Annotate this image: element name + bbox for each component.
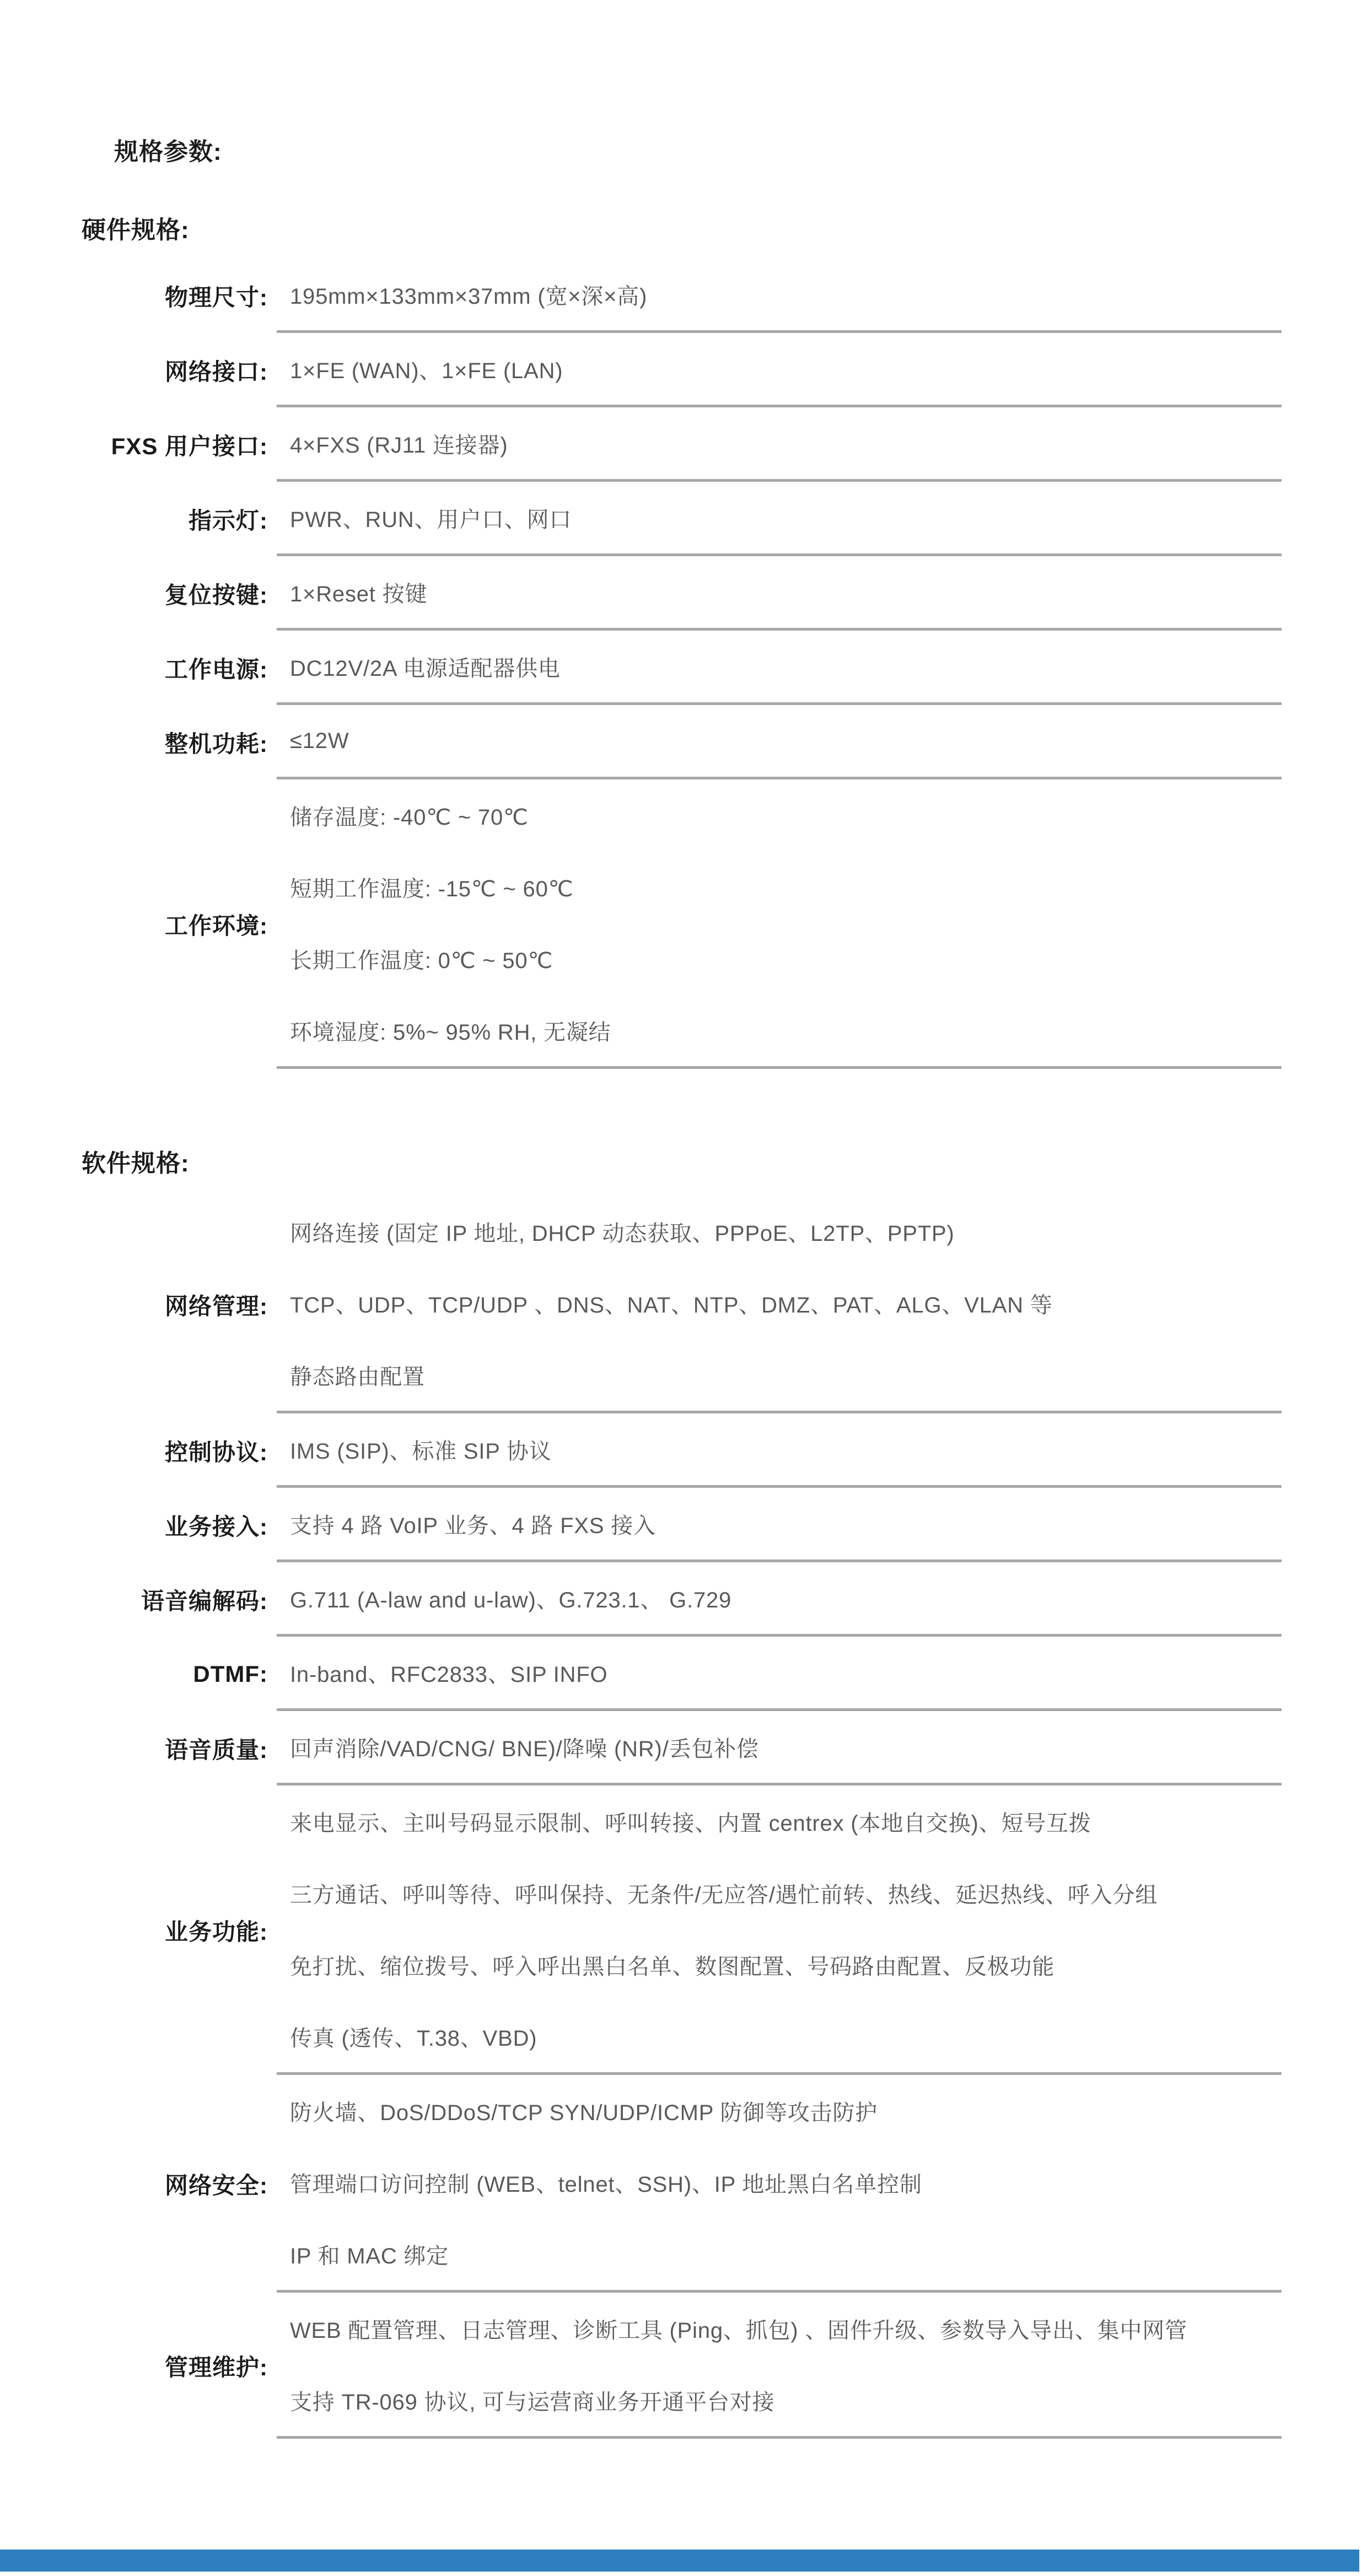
- hardware-spec-table: 物理尺寸:195mm×133mm×37mm (宽×深×高)网络接口:1×FE (…: [0, 259, 1282, 1069]
- spec-row-value: 防火墙、DoS/DDoS/TCP SYN/UDP/ICMP 防御等攻击防护管理端…: [277, 2075, 1282, 2293]
- spec-row: 控制协议:IMS (SIP)、标准 SIP 协议: [0, 1413, 1282, 1488]
- spec-value-line: 储存温度: -40℃ ~ 70℃: [290, 779, 1282, 851]
- spec-row: 复位按键:1×Reset 按键: [0, 556, 1282, 631]
- spec-row-value: 1×FE (WAN)、1×FE (LAN): [277, 333, 1282, 407]
- spec-row-value: G.711 (A-law and u-law)、G.723.1、 G.729: [277, 1562, 1282, 1637]
- spec-value-line: IP 和 MAC 绑定: [290, 2218, 1282, 2290]
- spec-value-line: 1×FE (WAN)、1×FE (LAN): [290, 333, 1282, 405]
- spec-value-line: IMS (SIP)、标准 SIP 协议: [290, 1413, 1282, 1485]
- spec-value-line: In-band、RFC2833、SIP INFO: [290, 1637, 1282, 1708]
- spec-row-value: PWR、RUN、用户口、网口: [277, 482, 1282, 556]
- spec-row-value: 1×Reset 按键: [277, 556, 1282, 631]
- spec-value-line: 支持 4 路 VoIP 业务、4 路 FXS 接入: [290, 1488, 1282, 1559]
- spec-value-line: 支持 TR-069 协议, 可与运营商业务开通平台对接: [290, 2364, 1282, 2436]
- software-spec-table: 网络管理:网络连接 (固定 IP 地址, DHCP 动态获取、PPPoE、L2T…: [0, 1196, 1282, 2439]
- spec-row-label: 业务功能:: [0, 1786, 277, 2075]
- spec-row-value: 来电显示、主叫号码显示限制、呼叫转接、内置 centrex (本地自交换)、短号…: [277, 1786, 1282, 2075]
- spec-value-line: 管理端口访问控制 (WEB、telnet、SSH)、IP 地址黑白名单控制: [290, 2147, 1282, 2218]
- spec-row-value: 回声消除/VAD/CNG/ BNE)/降噪 (NR)/丢包补偿: [277, 1711, 1282, 1786]
- spec-value-line: 回声消除/VAD/CNG/ BNE)/降噪 (NR)/丢包补偿: [290, 1711, 1282, 1783]
- spec-row-label: 控制协议:: [0, 1413, 277, 1488]
- spec-row-label: 工作电源:: [0, 631, 277, 705]
- spec-row: 整机功耗:≤12W: [0, 705, 1282, 779]
- spec-value-line: 环境湿度: 5%~ 95% RH, 无凝结: [290, 994, 1282, 1066]
- spec-value-line: 三方通话、呼叫等待、呼叫保持、无条件/无应答/遇忙前转、热线、延迟热线、呼入分组: [290, 1857, 1282, 1929]
- spec-row-label: 管理维护:: [0, 2293, 277, 2439]
- spec-row-value: DC12V/2A 电源适配器供电: [277, 631, 1282, 705]
- spec-value-line: 长期工作温度: 0℃ ~ 50℃: [290, 923, 1282, 994]
- spec-value-line: 传真 (透传、T.38、VBD): [290, 2000, 1282, 2072]
- spec-row-value: WEB 配置管理、日志管理、诊断工具 (Ping、抓包) 、固件升级、参数导入导…: [277, 2293, 1282, 2439]
- footer-accent-bar: [0, 2550, 1359, 2572]
- spec-value-line: 195mm×133mm×37mm (宽×深×高): [290, 259, 1282, 330]
- spec-value-line: DC12V/2A 电源适配器供电: [290, 631, 1282, 702]
- spec-row: 网络接口:1×FE (WAN)、1×FE (LAN): [0, 333, 1282, 407]
- spec-row: 语音编解码:G.711 (A-law and u-law)、G.723.1、 G…: [0, 1562, 1282, 1637]
- spec-row-label: 指示灯:: [0, 482, 277, 556]
- spec-row-label: 复位按键:: [0, 556, 277, 631]
- spec-value-line: 1×Reset 按键: [290, 556, 1282, 628]
- spec-value-line: 来电显示、主叫号码显示限制、呼叫转接、内置 centrex (本地自交换)、短号…: [290, 1786, 1282, 1857]
- spec-row: 工作环境:储存温度: -40℃ ~ 70℃短期工作温度: -15℃ ~ 60℃长…: [0, 779, 1282, 1069]
- spec-row: 业务接入:支持 4 路 VoIP 业务、4 路 FXS 接入: [0, 1488, 1282, 1562]
- spec-row-value: 195mm×133mm×37mm (宽×深×高): [277, 259, 1282, 333]
- spec-value-line: PWR、RUN、用户口、网口: [290, 482, 1282, 553]
- spec-value-line: ≤12W: [290, 705, 1282, 777]
- spec-value-line: WEB 配置管理、日志管理、诊断工具 (Ping、抓包) 、固件升级、参数导入导…: [290, 2293, 1282, 2364]
- spec-document-page: 规格参数: 硬件规格: 物理尺寸:195mm×133mm×37mm (宽×深×高…: [0, 0, 1367, 2576]
- spec-row: 工作电源:DC12V/2A 电源适配器供电: [0, 631, 1282, 705]
- spec-row: FXS 用户接口:4×FXS (RJ11 连接器): [0, 407, 1282, 482]
- spec-row-label: 整机功耗:: [0, 705, 277, 779]
- spec-row-label: FXS 用户接口:: [0, 407, 277, 482]
- spec-row: 管理维护:WEB 配置管理、日志管理、诊断工具 (Ping、抓包) 、固件升级、…: [0, 2293, 1282, 2439]
- spec-row-label: 工作环境:: [0, 779, 277, 1069]
- spec-row: DTMF:In-band、RFC2833、SIP INFO: [0, 1637, 1282, 1711]
- spec-row-value: IMS (SIP)、标准 SIP 协议: [277, 1413, 1282, 1488]
- spec-row-value: 支持 4 路 VoIP 业务、4 路 FXS 接入: [277, 1488, 1282, 1562]
- spec-row: 语音质量:回声消除/VAD/CNG/ BNE)/降噪 (NR)/丢包补偿: [0, 1711, 1282, 1786]
- spec-row-value: 4×FXS (RJ11 连接器): [277, 407, 1282, 482]
- spec-value-line: 防火墙、DoS/DDoS/TCP SYN/UDP/ICMP 防御等攻击防护: [290, 2075, 1282, 2147]
- spec-value-line: 网络连接 (固定 IP 地址, DHCP 动态获取、PPPoE、L2TP、PPT…: [290, 1196, 1282, 1267]
- section-header-software: 软件规格:: [82, 1150, 1367, 1177]
- spec-row: 网络安全:防火墙、DoS/DDoS/TCP SYN/UDP/ICMP 防御等攻击…: [0, 2075, 1282, 2293]
- spec-row-label: 网络管理:: [0, 1196, 277, 1413]
- spec-row-label: 语音质量:: [0, 1711, 277, 1786]
- spec-value-line: 短期工作温度: -15℃ ~ 60℃: [290, 851, 1282, 923]
- spec-row-label: 语音编解码:: [0, 1562, 277, 1637]
- spec-row-value: 储存温度: -40℃ ~ 70℃短期工作温度: -15℃ ~ 60℃长期工作温度…: [277, 779, 1282, 1069]
- spec-value-line: G.711 (A-law and u-law)、G.723.1、 G.729: [290, 1562, 1282, 1634]
- spec-row-label: 业务接入:: [0, 1488, 277, 1562]
- spec-row-label: DTMF:: [0, 1637, 277, 1711]
- spec-value-line: 免打扰、缩位拨号、呼入呼出黑白名单、数图配置、号码路由配置、反极功能: [290, 1929, 1282, 2000]
- section-header-hardware: 硬件规格:: [82, 217, 1367, 244]
- spec-row-value: 网络连接 (固定 IP 地址, DHCP 动态获取、PPPoE、L2TP、PPT…: [277, 1196, 1282, 1413]
- section-header-spec-params: 规格参数:: [114, 139, 1367, 165]
- spec-row-value: ≤12W: [277, 705, 1282, 779]
- spec-row: 网络管理:网络连接 (固定 IP 地址, DHCP 动态获取、PPPoE、L2T…: [0, 1196, 1282, 1413]
- spec-value-line: 静态路由配置: [290, 1339, 1282, 1411]
- spec-row-label: 物理尺寸:: [0, 259, 277, 333]
- spec-value-line: 4×FXS (RJ11 连接器): [290, 407, 1282, 479]
- spec-row-label: 网络接口:: [0, 333, 277, 407]
- spec-row: 业务功能:来电显示、主叫号码显示限制、呼叫转接、内置 centrex (本地自交…: [0, 1786, 1282, 2075]
- spec-row-label: 网络安全:: [0, 2075, 277, 2293]
- spec-row: 物理尺寸:195mm×133mm×37mm (宽×深×高): [0, 259, 1282, 333]
- spec-row-value: In-band、RFC2833、SIP INFO: [277, 1637, 1282, 1711]
- spec-row: 指示灯:PWR、RUN、用户口、网口: [0, 482, 1282, 556]
- spec-value-line: TCP、UDP、TCP/UDP 、DNS、NAT、NTP、DMZ、PAT、ALG…: [290, 1267, 1282, 1339]
